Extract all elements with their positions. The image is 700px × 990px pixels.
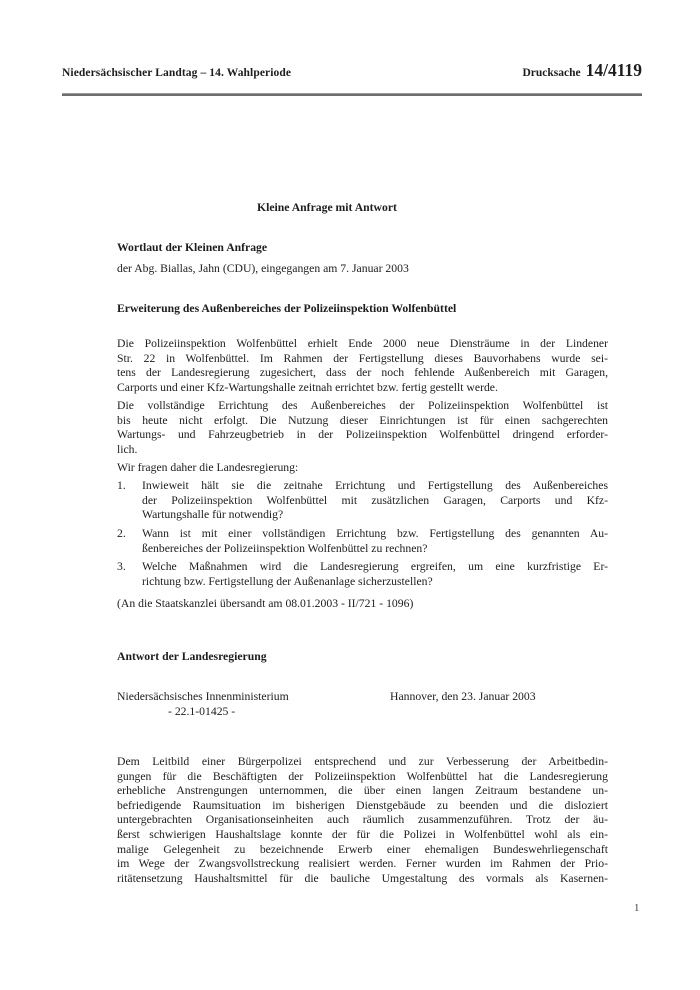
ministry-block: Niedersächsisches Innenministerium Hanno… <box>117 690 608 720</box>
paragraph-line: Str. 22 in Wolfenbüttel. Im Rahmen der F… <box>117 352 608 367</box>
question-line: der Polizeiinspektion Wolfenbüttel mit z… <box>142 494 608 509</box>
answer-line: im Wege der Zwangsvollstreckung realisie… <box>117 857 608 872</box>
paragraph-line: Wartungs- und Fahrzeugbetrieb in der Pol… <box>117 428 608 443</box>
answer-line: erhebliche Anstrengungen unternommen, di… <box>117 784 608 799</box>
question-number: 3. <box>117 560 142 589</box>
answer-line: gungen für die Beschäftigten der Polizei… <box>117 770 608 785</box>
questions-intro: Wir fragen daher die Landesregierung: <box>117 461 608 476</box>
page-number: 1 <box>634 902 639 914</box>
answer-line: befriedigende Raumsituation im bisherige… <box>117 799 608 814</box>
drucksache-label: Drucksache <box>522 67 580 79</box>
answer-heading: Antwort der Landesregierung <box>117 650 608 665</box>
wortlaut-heading: Wortlaut der Kleinen Anfrage <box>117 241 608 256</box>
question-line: ßenbereiches der Polizeiinspektion Wolfe… <box>142 542 608 557</box>
question-text: Welche Maßnahmen wird die Landesregierun… <box>142 560 608 589</box>
paragraph-line: Carports und einer Kfz-Wartungshalle zei… <box>117 381 608 396</box>
question-number: 1. <box>117 479 142 523</box>
paragraph-line: Die vollständige Errichtung des Außenber… <box>117 399 608 414</box>
answer-paragraph: Dem Leitbild einer Bürgerpolizei entspre… <box>117 755 608 886</box>
header-rule <box>62 93 642 96</box>
paragraph-line: lich. <box>117 443 608 458</box>
question-paragraph-2: Die vollständige Errichtung des Außenber… <box>117 399 608 457</box>
question-paragraph-1: Die Polizeiinspektion Wolfenbüttel erhie… <box>117 337 608 395</box>
paragraph-line: tens der Landesregierung zugesichert, da… <box>117 366 608 381</box>
question-line: richtung bzw. Fertigstellung der Außenan… <box>142 575 608 590</box>
transmittal-note: (An die Staatskanzlei übersandt am 08.01… <box>117 597 608 612</box>
paragraph-line: Die Polizeiinspektion Wolfenbüttel erhie… <box>117 337 608 352</box>
question-line: Welche Maßnahmen wird die Landesregierun… <box>142 560 608 575</box>
drucksache: Drucksache14/4119 <box>522 60 642 81</box>
question-line: Inwieweit hält sie die zeitnahe Errichtu… <box>142 479 608 494</box>
document-page: Niedersächsischer Landtag – 14. Wahlperi… <box>0 0 700 990</box>
answer-line: ßerst schwierigen Haushaltslage konnte d… <box>117 828 608 843</box>
question-item-1: 1. Inwieweit hält sie die zeitnahe Erric… <box>117 479 608 523</box>
question-text: Inwieweit hält sie die zeitnahe Errichtu… <box>142 479 608 523</box>
question-item-3: 3. Welche Maßnahmen wird die Landesregie… <box>117 560 608 589</box>
subject-heading: Erweiterung des Außenbereiches der Poliz… <box>117 302 608 317</box>
doc-type-title: Kleine Anfrage mit Antwort <box>257 201 397 214</box>
place-date: Hannover, den 23. Januar 2003 <box>390 690 536 705</box>
drucksache-number: 14/4119 <box>586 60 642 80</box>
submitters-line: der Abg. Biallas, Jahn (CDU), eingegange… <box>117 262 608 277</box>
ministry-reference: - 22.1-01425 - <box>168 705 235 720</box>
answer-line: ritätensetzung Haushaltsmittel für die b… <box>117 872 608 887</box>
question-line: Wartungshalle für notwendig? <box>142 508 608 523</box>
ministry-name: Niedersächsisches Innenministerium <box>117 690 289 705</box>
paragraph-line: bis heute nicht erfolgt. Die Nutzung die… <box>117 414 608 429</box>
legislature-title: Niedersächsischer Landtag – 14. Wahlperi… <box>62 67 291 79</box>
question-line: Wann ist mit einer vollständigen Erricht… <box>142 527 608 542</box>
question-item-2: 2. Wann ist mit einer vollständigen Erri… <box>117 527 608 556</box>
question-number: 2. <box>117 527 142 556</box>
page-header: Niedersächsischer Landtag – 14. Wahlperi… <box>62 60 642 81</box>
answer-line: malige Gelegenheit zu bezeichnende Erwer… <box>117 843 608 858</box>
answer-line: untergebrachten Organisationseinheiten a… <box>117 813 608 828</box>
answer-line: Dem Leitbild einer Bürgerpolizei entspre… <box>117 755 608 770</box>
question-text: Wann ist mit einer vollständigen Erricht… <box>142 527 608 556</box>
